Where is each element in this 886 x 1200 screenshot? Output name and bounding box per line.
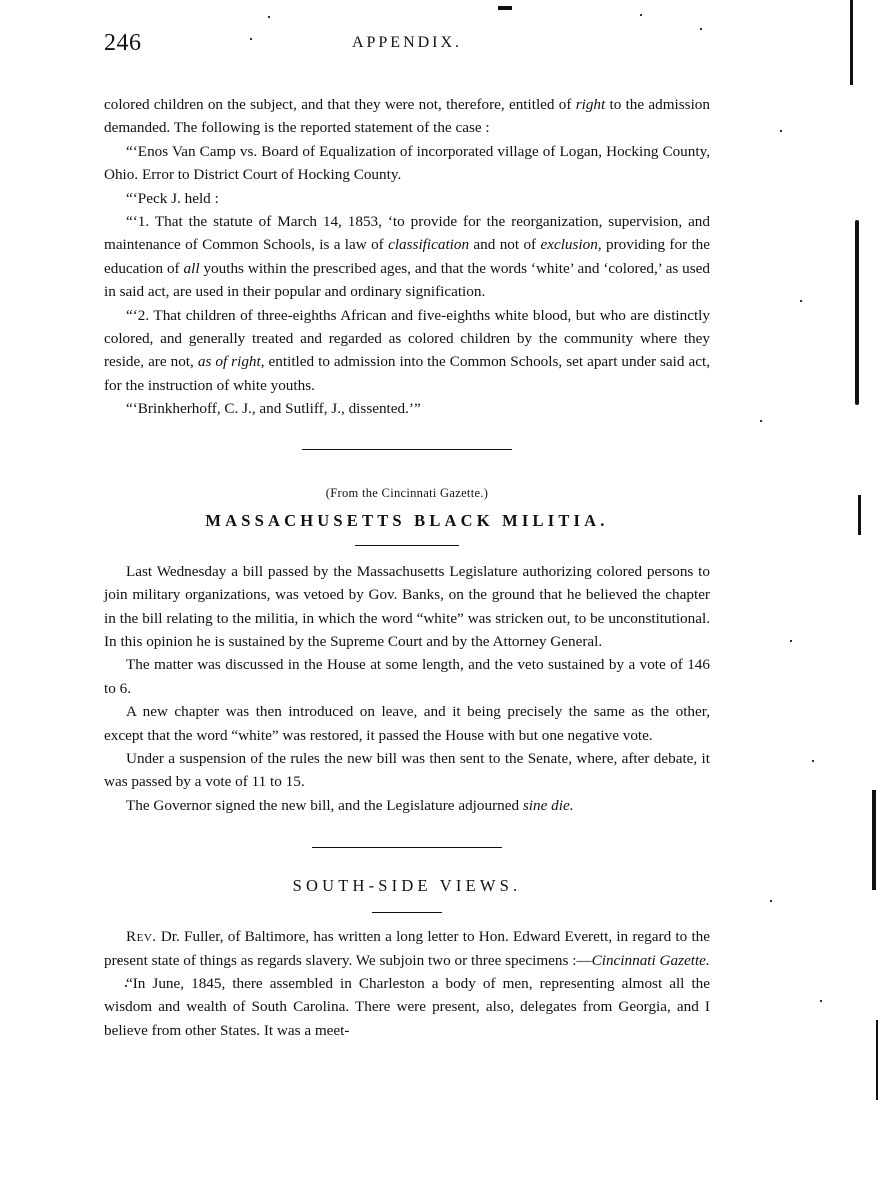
scan-edge-mark bbox=[855, 220, 859, 405]
scan-speck bbox=[268, 16, 270, 18]
paragraph: “In June, 1845, there assembled in Charl… bbox=[104, 972, 710, 1042]
paragraph: The Governor signed the new bill, and th… bbox=[104, 794, 710, 817]
title-underline bbox=[355, 545, 459, 546]
paragraph: Last Wednesday a bill passed by the Mass… bbox=[104, 560, 710, 654]
scan-speck bbox=[820, 1000, 822, 1002]
paragraph: colored children on the subject, and tha… bbox=[104, 93, 710, 140]
scan-edge-mark bbox=[850, 0, 853, 85]
scan-edge-mark bbox=[876, 1020, 878, 1100]
scan-speck bbox=[118, 960, 120, 962]
scan-edge-mark bbox=[858, 495, 861, 535]
scan-speck bbox=[250, 38, 252, 40]
paragraph: “‘1. That the statute of March 14, 1853,… bbox=[104, 210, 710, 304]
paragraph: “‘Peck J. held : bbox=[104, 187, 710, 210]
paragraph: A new chapter was then introduced on lea… bbox=[104, 700, 710, 747]
scan-speck bbox=[700, 28, 702, 30]
paragraph: “‘Brinkherhoff, C. J., and Sutliff, J., … bbox=[104, 397, 710, 420]
paragraph: “‘2. That children of three-eighths Afri… bbox=[104, 304, 710, 398]
paragraph: Rev. Dr. Fuller, of Baltimore, has writt… bbox=[104, 925, 710, 972]
section-divider bbox=[302, 449, 512, 450]
paragraph: Under a suspension of the rules the new … bbox=[104, 747, 710, 794]
scan-header-mark bbox=[498, 6, 512, 10]
scan-speck bbox=[770, 900, 772, 902]
paragraph: The matter was discussed in the House at… bbox=[104, 653, 710, 700]
running-title: APPENDIX. bbox=[104, 34, 710, 52]
scan-speck bbox=[812, 760, 814, 762]
running-head: 246 APPENDIX. bbox=[104, 30, 710, 58]
article-title: SOUTH-SIDE VIEWS. bbox=[104, 876, 710, 896]
scan-speck bbox=[780, 130, 782, 132]
paragraph: “‘Enos Van Camp vs. Board of Equalizatio… bbox=[104, 140, 710, 187]
scan-speck bbox=[800, 300, 802, 302]
article-source: (From the Cincinnati Gazette.) bbox=[104, 486, 710, 501]
scan-edge-mark bbox=[872, 790, 876, 890]
article-title: MASSACHUSETTS BLACK MILITIA. bbox=[104, 511, 710, 531]
scan-speck bbox=[640, 14, 642, 16]
scan-speck bbox=[760, 420, 762, 422]
title-underline bbox=[372, 912, 442, 913]
page-body: colored children on the subject, and tha… bbox=[104, 93, 710, 1042]
section-divider bbox=[312, 847, 502, 848]
scan-speck bbox=[125, 985, 127, 987]
scan-speck bbox=[790, 640, 792, 642]
